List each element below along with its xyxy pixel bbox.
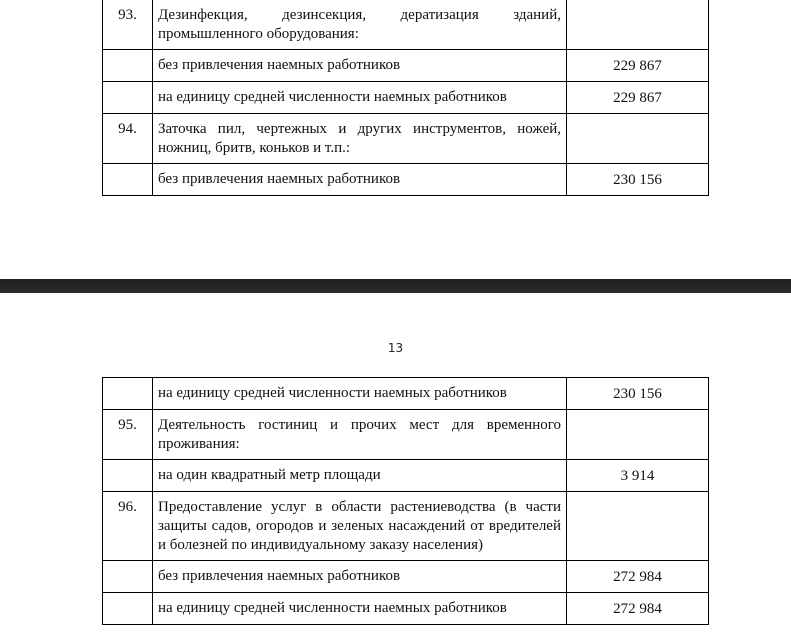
item-number [103, 82, 153, 114]
item-number [103, 561, 153, 593]
item-value: 3 914 [567, 460, 709, 492]
item-description: без привлечения наемных работников [153, 561, 567, 593]
table-row: на один квадратный метр площади 3 914 [103, 460, 709, 492]
table-row: на единицу средней численности наемных р… [103, 82, 709, 114]
item-value: 272 984 [567, 593, 709, 625]
table-row: на единицу средней численности наемных р… [103, 593, 709, 625]
table-row: 93. Дезинфекция, дезинсекция, дератизаци… [103, 0, 709, 50]
tariff-table-bottom: на единицу средней численности наемных р… [102, 377, 709, 625]
item-description: на единицу средней численности наемных р… [153, 378, 567, 410]
item-value: 229 867 [567, 82, 709, 114]
document-page-12: 93. Дезинфекция, дезинсекция, дератизаци… [0, 0, 791, 279]
item-number: 94. [103, 114, 153, 164]
page-number: 13 [0, 341, 791, 355]
item-number [103, 50, 153, 82]
item-description: на единицу средней численности наемных р… [153, 593, 567, 625]
item-value: 272 984 [567, 561, 709, 593]
item-value [567, 114, 709, 164]
item-description: без привлечения наемных работников [153, 50, 567, 82]
table-row: 94. Заточка пил, чертежных и других инст… [103, 114, 709, 164]
item-value [567, 0, 709, 50]
item-number: 93. [103, 0, 153, 50]
item-number [103, 593, 153, 625]
item-number: 96. [103, 492, 153, 561]
item-number [103, 164, 153, 196]
item-value: 230 156 [567, 164, 709, 196]
item-value: 230 156 [567, 378, 709, 410]
item-description: на единицу средней численности наемных р… [153, 82, 567, 114]
table-row: без привлечения наемных работников 272 9… [103, 561, 709, 593]
item-description: Предоставление услуг в области растениев… [153, 492, 567, 561]
table-row: 96. Предоставление услуг в области расте… [103, 492, 709, 561]
table-row: без привлечения наемных работников 229 8… [103, 50, 709, 82]
item-value [567, 492, 709, 561]
item-value [567, 410, 709, 460]
item-description: на один квадратный метр площади [153, 460, 567, 492]
item-description: без привлечения наемных работников [153, 164, 567, 196]
document-page-13: 13 на единицу средней численности наемны… [0, 293, 791, 640]
item-number [103, 378, 153, 410]
table-row: на единицу средней численности наемных р… [103, 378, 709, 410]
item-description: Заточка пил, чертежных и других инструме… [153, 114, 567, 164]
item-value: 229 867 [567, 50, 709, 82]
page-separator [0, 279, 791, 293]
table-row: без привлечения наемных работников 230 1… [103, 164, 709, 196]
item-number [103, 460, 153, 492]
table-row: 95. Деятельность гостиниц и прочих мест … [103, 410, 709, 460]
item-number: 95. [103, 410, 153, 460]
item-description: Дезинфекция, дезинсекция, дератизация зд… [153, 0, 567, 50]
tariff-table-top: 93. Дезинфекция, дезинсекция, дератизаци… [102, 0, 709, 196]
item-description: Деятельность гостиниц и прочих мест для … [153, 410, 567, 460]
